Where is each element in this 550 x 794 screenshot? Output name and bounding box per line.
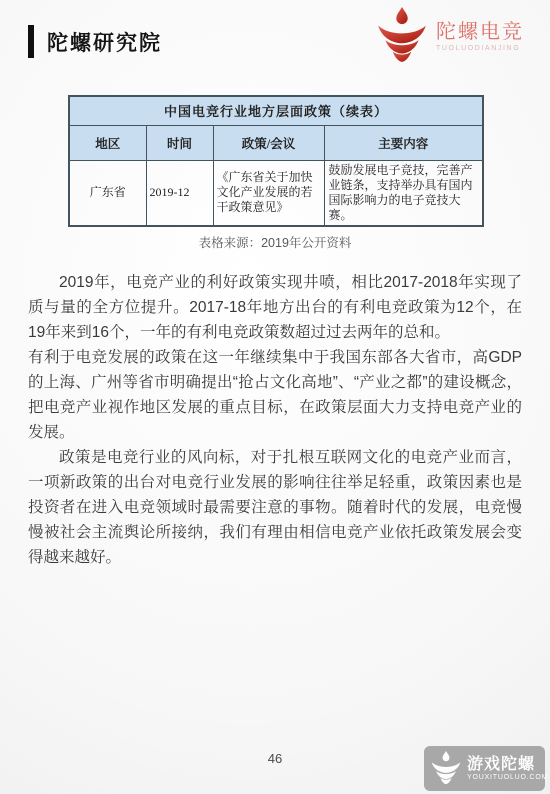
article-body: 2019年，电竞产业的利好政策实现井喷，相比2017-2018年实现了质与量的全… [28, 270, 522, 570]
column-header-time: 时间 [146, 125, 213, 160]
gyro-watermark-icon [430, 751, 462, 786]
brand-logo-text: 陀螺电竞 TUOLUODIANJING [436, 21, 524, 52]
page-title: 陀螺研究院 [47, 27, 162, 57]
table-title-row: 中国电竞行业地方层面政策（续表） [69, 96, 483, 125]
policy-table: 中国电竞行业地方层面政策（续表） 地区 时间 政策/会议 主要内容 广东省 20… [68, 95, 484, 227]
title-accent-bar [28, 25, 34, 58]
watermark-badge: 游戏陀螺 YOUXITUOLUO.COM [424, 746, 545, 791]
watermark-name: 游戏陀螺 [467, 756, 548, 773]
brand-subtitle: TUOLUODIANJING [436, 45, 524, 52]
paragraph: 有利于电竞发展的政策在这一年继续集中于我国东部各大省市，高GDP的上海、广州等省… [28, 345, 522, 445]
brand-logo: 陀螺电竞 TUOLUODIANJING [375, 7, 524, 65]
table-source-caption: 表格来源：2019年公开资料 [0, 233, 550, 251]
paragraph: 政策是电竞行业的风向标，对于扎根互联网文化的电竞产业而言，一项新政策的出台对电竞… [28, 445, 522, 570]
watermark-text: 游戏陀螺 YOUXITUOLUO.COM [467, 756, 548, 781]
report-page: 陀螺研究院 陀螺电竞 TUOLUODIANJING 中国电竞行业地方层 [0, 0, 550, 794]
cell-region: 广东省 [69, 160, 146, 226]
brand-name: 陀螺电竞 [436, 21, 524, 43]
table-title: 中国电竞行业地方层面政策（续表） [69, 96, 483, 125]
column-header-content: 主要内容 [324, 125, 483, 160]
paragraph: 2019年，电竞产业的利好政策实现井喷，相比2017-2018年实现了质与量的全… [28, 270, 522, 345]
column-header-policy: 政策/会议 [213, 125, 324, 160]
gyro-logo-icon [375, 7, 429, 65]
column-header-region: 地区 [69, 125, 146, 160]
table-header-row: 地区 时间 政策/会议 主要内容 [69, 125, 483, 160]
cell-time: 2019-12 [146, 160, 213, 226]
cell-policy: 《广东省关于加快文化产业发展的若干政策意见》 [213, 160, 324, 226]
cell-content: 鼓励发展电子竞技，完善产业链条，支持举办具有国内国际影响力的电子竞技大赛。 [324, 160, 483, 226]
watermark-subtitle: YOUXITUOLUO.COM [467, 774, 548, 781]
table-row: 广东省 2019-12 《广东省关于加快文化产业发展的若干政策意见》 鼓励发展电… [69, 160, 483, 226]
